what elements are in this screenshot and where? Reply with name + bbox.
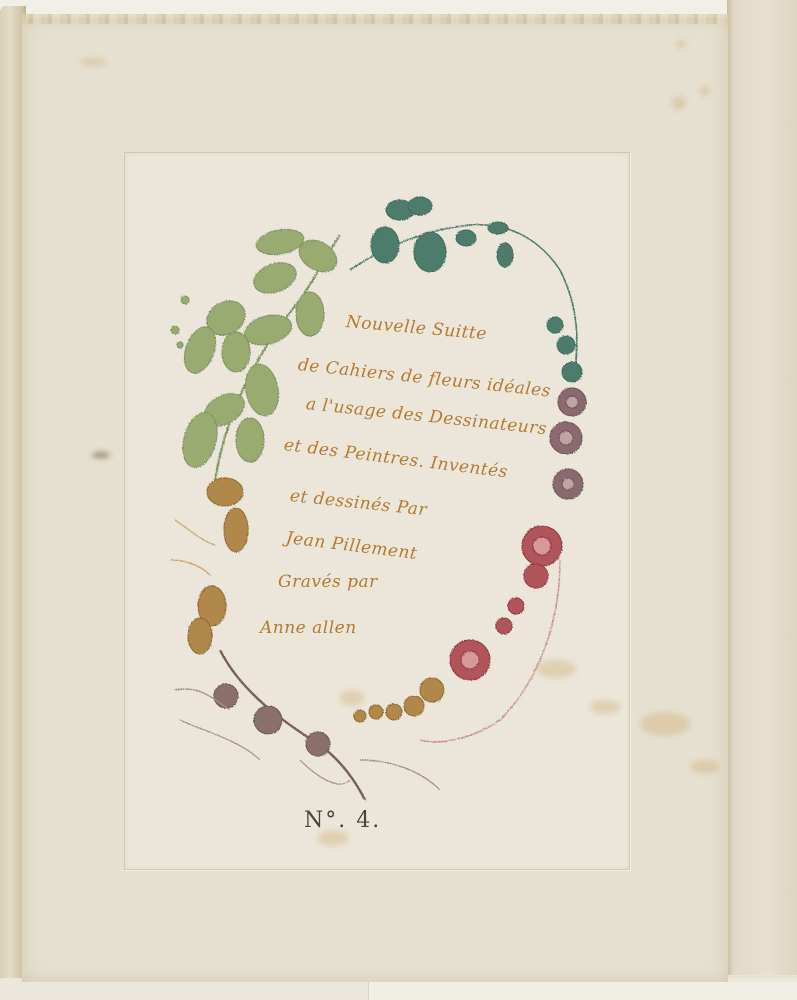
- brown-branch: [175, 650, 440, 800]
- title-line-7: Gravés par: [278, 572, 378, 592]
- title-line-8: Anne allen: [260, 618, 357, 638]
- red-roses: [420, 526, 562, 742]
- teal-foliage-branch: [350, 197, 582, 382]
- mauve-roses: [550, 388, 586, 499]
- plate-number: N°. 4.: [304, 808, 381, 833]
